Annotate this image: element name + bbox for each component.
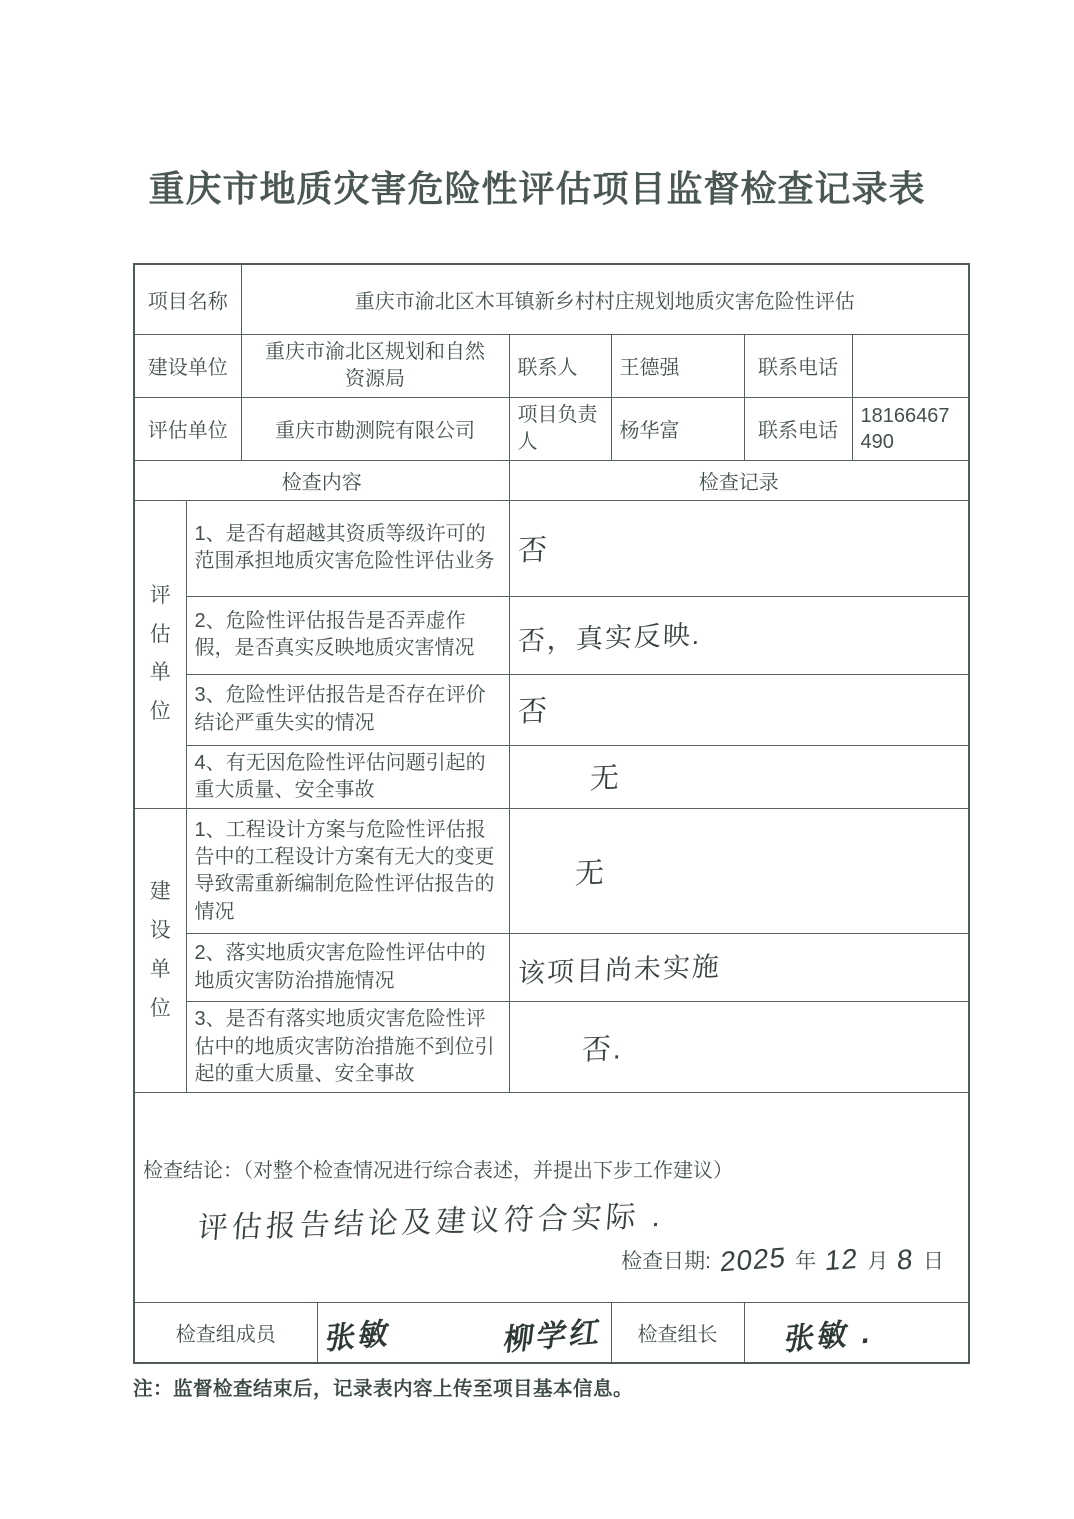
month-unit: 月: [867, 1245, 888, 1275]
conclusion-label: 检查结论：（对整个检查情况进行综合表述，并提出下步工作建议）: [143, 1154, 960, 1183]
handwritten-answer: 否，真实反映.: [517, 612, 702, 657]
contact-person-label: 联系人: [509, 334, 611, 397]
handwritten-month: 12: [824, 1243, 859, 1278]
eval-question-row-1: 评估单位 1、是否有超越其资质等级许可的范围承担地质灾害危险性评估业务 否: [134, 500, 969, 596]
eval-record-3: 否: [509, 674, 969, 745]
const-question-2: 2、落实地质灾害危险性评估中的地质灾害防治措施情况: [186, 934, 509, 1002]
project-name-value: 重庆市渝北区木耳镇新乡村村庄规划地质灾害危险性评估: [241, 264, 969, 334]
handwritten-answer: 无: [589, 756, 621, 798]
eval-record-2: 否，真实反映.: [509, 596, 969, 674]
assessment-phone-label: 联系电话: [744, 397, 852, 460]
assessment-unit-label: 评估单位: [134, 397, 241, 460]
team-members-signatures: 张敏 柳学红: [317, 1303, 611, 1363]
const-record-2: 该项目尚未实施: [509, 934, 969, 1002]
eval-question-4: 4、有无因危险性评估问题引起的重大质量、安全事故: [186, 745, 509, 809]
row-project-name: 项目名称 重庆市渝北区木耳镇新乡村村庄规划地质灾害危险性评估: [134, 264, 969, 334]
eval-group-label: 评估单位: [134, 500, 186, 809]
project-leader-label: 项目负责人: [509, 397, 611, 460]
eval-question-row-2: 2、危险性评估报告是否弄虚作假，是否真实反映地质灾害情况 否，真实反映.: [134, 596, 969, 674]
team-members-label: 检查组成员: [134, 1303, 317, 1363]
year-unit: 年: [795, 1245, 816, 1275]
eval-question-1: 1、是否有超越其资质等级许可的范围承担地质灾害危险性评估业务: [186, 500, 509, 596]
handwritten-day: 8: [896, 1244, 915, 1277]
day-unit: 日: [923, 1245, 944, 1275]
member-signature-2: 柳学红: [501, 1306, 605, 1359]
handwritten-answer: 该项目尚未实施: [517, 945, 721, 991]
signature-row: 检查组成员 张敏 柳学红 检查组长 张敏 .: [134, 1303, 969, 1363]
date-label: 检查日期:: [621, 1245, 711, 1275]
const-question-3: 3、是否有落实地质灾害危险性评估中的地质灾害防治措施不到位引起的重大质量、安全事…: [186, 1002, 509, 1093]
handwritten-answer: 否: [517, 688, 549, 730]
row-construction-unit: 建设单位 重庆市渝北区规划和自然资源局 联系人 王德强 联系电话: [134, 334, 969, 397]
page-title: 重庆市地质灾害危险性评估项目监督检查记录表: [0, 161, 1074, 212]
project-name-label: 项目名称: [134, 264, 241, 334]
handwritten-year: 2025: [719, 1242, 787, 1279]
eval-question-2: 2、危险性评估报告是否弄虚作假，是否真实反映地质灾害情况: [186, 596, 509, 674]
inspection-record-table: 项目名称 重庆市渝北区木耳镇新乡村村庄规划地质灾害危险性评估 建设单位 重庆市渝…: [133, 263, 970, 1364]
eval-question-row-3: 3、危险性评估报告是否存在评价结论严重失实的情况 否: [134, 674, 969, 745]
construction-unit-label: 建设单位: [134, 334, 241, 397]
const-question-row-1: 建设单位 1、工程设计方案与危险性评估报告中的工程设计方案有无大的变更导致需重新…: [134, 809, 969, 934]
team-leader-signature-cell: 张敏 .: [744, 1303, 969, 1363]
team-leader-label: 检查组长: [611, 1303, 744, 1363]
handwritten-answer: 否: [517, 527, 549, 569]
eval-question-3: 3、危险性评估报告是否存在评价结论严重失实的情况: [186, 674, 509, 745]
const-question-1: 1、工程设计方案与危险性评估报告中的工程设计方案有无大的变更导致需重新编制危险性…: [186, 809, 509, 934]
assessment-phone-value: 18166467490: [852, 397, 969, 460]
construction-unit-value: 重庆市渝北区规划和自然资源局: [241, 334, 509, 397]
handwritten-answer: 无: [574, 850, 606, 892]
const-group-label: 建设单位: [134, 809, 186, 1093]
check-content-header: 检查内容: [134, 460, 509, 500]
project-leader-value: 杨华富: [611, 397, 744, 460]
conclusion-row: 检查结论：（对整个检查情况进行综合表述，并提出下步工作建议） 评估报告结论及建议…: [134, 1093, 969, 1303]
member-signature-1: 张敏: [323, 1308, 394, 1358]
inspection-date-line: 检查日期: 2025 年 12 月 8 日: [621, 1244, 944, 1276]
footer-note: 注：监督检查结束后，记录表内容上传至项目基本信息。: [133, 1373, 1074, 1401]
assessment-unit-value: 重庆市勘测院有限公司: [241, 397, 509, 460]
eval-record-4: 无: [509, 745, 969, 809]
eval-question-row-4: 4、有无因危险性评估问题引起的重大质量、安全事故 无: [134, 745, 969, 809]
row-assessment-unit: 评估单位 重庆市勘测院有限公司 项目负责人 杨华富 联系电话 181664674…: [134, 397, 969, 460]
row-check-header: 检查内容 检查记录: [134, 460, 969, 500]
check-record-header: 检查记录: [509, 460, 969, 500]
conclusion-cell: 检查结论：（对整个检查情况进行综合表述，并提出下步工作建议） 评估报告结论及建议…: [134, 1093, 969, 1303]
eval-record-1: 否: [509, 500, 969, 596]
const-record-1: 无: [509, 809, 969, 934]
const-question-row-2: 2、落实地质灾害危险性评估中的地质灾害防治措施情况 该项目尚未实施: [134, 934, 969, 1002]
construction-phone-value: [852, 334, 969, 397]
const-question-row-3: 3、是否有落实地质灾害危险性评估中的地质灾害防治措施不到位引起的重大质量、安全事…: [134, 1002, 969, 1093]
contact-person-value: 王德强: [611, 334, 744, 397]
const-record-3: 否.: [509, 1002, 969, 1093]
handwritten-answer: 否.: [581, 1026, 623, 1069]
handwritten-conclusion: 评估报告结论及建议符合实际 .: [196, 1191, 666, 1247]
leader-signature: 张敏 .: [782, 1307, 876, 1359]
construction-phone-label: 联系电话: [744, 334, 852, 397]
